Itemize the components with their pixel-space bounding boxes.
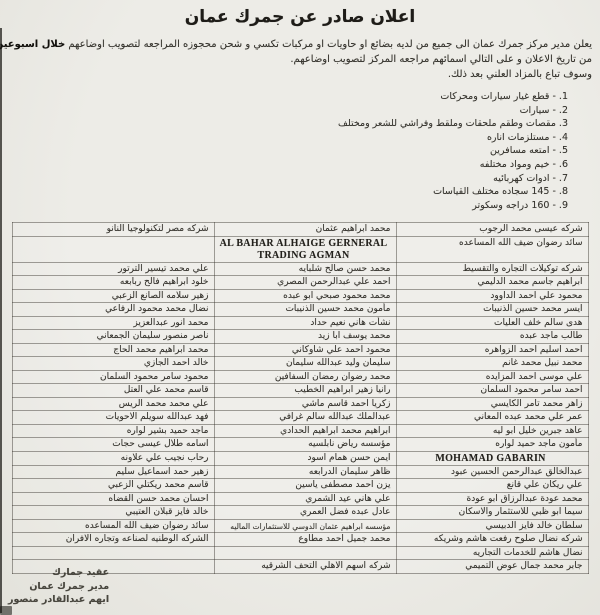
table-cell-left: علي محمد تيسير الترتور xyxy=(12,262,214,276)
table-cell-middle: محمد رضوان رمضان السفافين xyxy=(214,370,396,384)
table-row: احمد سامر محمود السلمان رانيا زهير ابراه… xyxy=(12,384,588,398)
table-row: مأمون ماجد حميد لواره مؤسسه رياض نابلسيه… xyxy=(12,438,588,452)
table-row: طالب ماجد عبده محمد يوسف ابا زيد ناصر من… xyxy=(12,330,588,344)
table-cell-right: علي ريكان علي قانع xyxy=(396,479,588,493)
table-row: شركه نضال صلوح رفعت هاشم وشريكه محمد جمي… xyxy=(12,533,588,547)
intro-line-1: يعلن مدير مركز جمرك عمان الى جميع من لدي… xyxy=(6,37,592,52)
table-row: MOHAMAD GABARIN ايمن حسن همام اسود رحاب … xyxy=(12,451,588,465)
table-cell-middle: محمد محمود صبحي ابو عبده xyxy=(214,289,396,303)
scan-artifact-corner-mark xyxy=(0,606,12,615)
table-cell-right: مأمون ماجد حميد لواره xyxy=(396,438,588,452)
table-row: محمد عودة عبدالرزاق ابو عودة علي هاني عي… xyxy=(12,492,588,506)
table-cell-middle: محمد يوسف ابا زيد xyxy=(214,330,396,344)
table-cell-right: جابر محمد جمال عوض التميمي xyxy=(396,560,588,574)
table-cell-right: محمد عودة عبدالرزاق ابو عودة xyxy=(396,492,588,506)
table-cell-middle: عادل عبده فضل العمري xyxy=(214,506,396,520)
table-cell-right: سائد رضوان ضيف الله المساعده xyxy=(396,236,588,262)
table-cell-middle: ظاهر سليمان الدرابعه xyxy=(214,465,396,479)
table-row: شركه توكيلات التجاره والتقسيط محمد حسن ص… xyxy=(12,262,588,276)
table-cell-right: هدى سالم خلف العليات xyxy=(396,316,588,330)
table-cell-left: سائد رضوان ضيف الله المساعده xyxy=(12,519,214,533)
names-table-body: شركه عيسى محمد الرجوب محمد ابراهيم عثمان… xyxy=(12,223,588,574)
table-row: محمد نبيل محمد غانم سليمان وليد عبدالله … xyxy=(12,357,588,371)
signature-name: ايهم عبدالقادر منصور xyxy=(8,593,109,607)
table-cell-right: عمر علي محمد عبده المعاني xyxy=(396,411,588,425)
table-cell-middle: محمد حسن صالح شلبايه xyxy=(214,262,396,276)
goods-list-item: 8. - 145 سجاده مختلف القياسات xyxy=(0,185,568,199)
table-cell-middle: محمد ابراهيم عثمان xyxy=(214,223,396,237)
table-cell-left: رحاب نجيب علي علاونه xyxy=(12,451,214,465)
goods-list-item: 3. مقصات وطقم ملحقات وملقط وفراشي للشعر … xyxy=(0,117,568,131)
table-cell-left xyxy=(12,546,214,560)
table-cell-middle: محمود احمد علي شاوكاني xyxy=(214,343,396,357)
table-cell-left: اسامه طلال عيسى حجات xyxy=(12,438,214,452)
goods-list-item: 2. - سيارات xyxy=(0,104,568,118)
table-cell-middle: ابراهيم محمد ابراهيم الحدادي xyxy=(214,424,396,438)
table-cell-left: خالد احمد الجازي xyxy=(12,357,214,371)
table-cell-right: عاهد جبرين خليل ابو ليه xyxy=(396,424,588,438)
table-cell-right: ابراهيم جاسم محمد الدليمي xyxy=(396,276,588,290)
table-cell-right: علي موسى احمد المزايده xyxy=(396,370,588,384)
goods-list-item: 4. - مستلزمات اناره xyxy=(0,131,568,145)
goods-list-item: 5. - امتعه مسافرين xyxy=(0,144,568,158)
table-cell-right: زاهر محمد تامر الكايسي xyxy=(396,397,588,411)
table-row: ايسر محمد حسين الذنيبات مأمون محمد حسين … xyxy=(12,303,588,317)
intro-line-1-text: يعلن مدير مركز جمرك عمان الى جميع من لدي… xyxy=(65,39,592,50)
table-cell-middle: سليمان وليد عبدالله سليمان xyxy=(214,357,396,371)
table-row: محمود علي احمد الداوود محمد محمود صبحي ا… xyxy=(12,289,588,303)
table-cell-left xyxy=(12,236,214,262)
table-cell-right: سلطان خالد فايز الدبيسي xyxy=(396,519,588,533)
table-cell-middle: نشأت هاني نعيم حداد xyxy=(214,316,396,330)
table-cell-right: شركه توكيلات التجاره والتقسيط xyxy=(396,262,588,276)
table-cell-left: قاسم محمد ريكتلي الزعبي xyxy=(12,479,214,493)
goods-list: 1. - قطع غيار سيارات ومحركات2. - سيارات3… xyxy=(0,90,568,212)
table-row: سيما ابو ظبي للاستثمار والاسكان عادل عبد… xyxy=(12,506,588,520)
signature-rank: عقيد جمارك xyxy=(8,566,109,580)
table-cell-middle: AL BAHAR ALHAIGE GERNERAL TRADING AGMAN xyxy=(214,236,396,262)
table-row: سلطان خالد فايز الدبيسي مؤسسه ابراهيم عث… xyxy=(12,519,588,533)
table-row: زاهر محمد تامر الكايسي زكريا احمد قاسم م… xyxy=(12,397,588,411)
table-cell-middle: مأمون محمد حسين الذنيبات xyxy=(214,303,396,317)
table-cell-left: شركه مصر لتكنولوجيا النانو xyxy=(12,223,214,237)
intro-paragraph: يعلن مدير مركز جمرك عمان الى جميع من لدي… xyxy=(6,37,592,82)
table-row: علي موسى احمد المزايده محمد رضوان رمضان … xyxy=(12,370,588,384)
table-cell-right: محمود علي احمد الداوود xyxy=(396,289,588,303)
goods-list-item: 1. - قطع غيار سيارات ومحركات xyxy=(0,90,568,104)
table-cell-left: نضال محمد محمود الرفاعي xyxy=(12,303,214,317)
goods-list-item: 6. - خيم ومواد مختلفه xyxy=(0,158,568,172)
table-cell-middle: محمد جميل احمد مطاوع xyxy=(214,533,396,547)
table-cell-middle: احمد علي عبدالرحمن المصري xyxy=(214,276,396,290)
table-cell-middle xyxy=(214,546,396,560)
table-cell-left: محمود سامر محمود السلمان xyxy=(12,370,214,384)
table-cell-right: شركه عيسى محمد الرجوب xyxy=(396,223,588,237)
table-cell-left: محمد ابراهيم محمد الحاج xyxy=(12,343,214,357)
signature-title: مدير جمرك عمان xyxy=(8,580,109,594)
intro-line-2: من تاريخ الاعلان و على التالي اسمائهم مر… xyxy=(6,52,592,67)
table-row: شركه عيسى محمد الرجوب محمد ابراهيم عثمان… xyxy=(12,223,588,237)
goods-list-item: 7. - ادوات كهربائيه xyxy=(0,172,568,186)
table-row: عبدالخالق عبدالرحمن الحسين عبود ظاهر سلي… xyxy=(12,465,588,479)
table-cell-middle: علي هاني عيد الشمري xyxy=(214,492,396,506)
table-cell-left: قاسم محمد علي العتل xyxy=(12,384,214,398)
table-cell-left: ماجد حميد بشير لواره xyxy=(12,424,214,438)
table-cell-middle: شركه اسهم الاهلي التحف الشرقيه xyxy=(214,560,396,574)
table-cell-middle: يزن احمد مصطفى ياسين xyxy=(214,479,396,493)
table-row: ابراهيم جاسم محمد الدليمي احمد علي عبدال… xyxy=(12,276,588,290)
intro-bold-phrase: خلال اسبوعين xyxy=(0,39,65,50)
table-cell-middle: مؤسسه رياض نابلسيه xyxy=(214,438,396,452)
table-row: عمر علي محمد عبده المعاني عبدالملك عبدال… xyxy=(12,411,588,425)
table-row: نضال هاشم للخدمات التجاريه xyxy=(12,546,588,560)
table-row: هدى سالم خلف العليات نشأت هاني نعيم حداد… xyxy=(12,316,588,330)
table-cell-right: احمد سامر محمود السلمان xyxy=(396,384,588,398)
table-row: علي ريكان علي قانع يزن احمد مصطفى ياسين … xyxy=(12,479,588,493)
table-cell-left: احسان محمد حسن القضاه xyxy=(12,492,214,506)
table-cell-left: خالد فايز قبلان العتيبي xyxy=(12,506,214,520)
table-cell-left: محمد انور عبدالعزيز xyxy=(12,316,214,330)
table-cell-middle: ايمن حسن همام اسود xyxy=(214,451,396,465)
table-cell-left: زهير سلامه الصانع الزعبي xyxy=(12,289,214,303)
page-title: اعلان صادر عن جمرك عمان xyxy=(0,0,600,27)
names-table: شركه عيسى محمد الرجوب محمد ابراهيم عثمان… xyxy=(12,222,589,574)
scanned-document-page: اعلان صادر عن جمرك عمان يعلن مدير مركز ج… xyxy=(0,0,600,615)
table-cell-middle: رانيا زهير ابراهيم الخطيب xyxy=(214,384,396,398)
table-cell-middle: عبدالملك عبدالله سالم غرافي xyxy=(214,411,396,425)
table-cell-right: نضال هاشم للخدمات التجاريه xyxy=(396,546,588,560)
table-cell-left: الشركه الوطنيه لصناعه وتجاره الافران xyxy=(12,533,214,547)
table-cell-left: فهد عبدالله سويلم الاحويات xyxy=(12,411,214,425)
table-cell-right: احمد اسليم احمد الزواهره xyxy=(396,343,588,357)
goods-list-item: 9. - 160 دراجه وسكوتر xyxy=(0,199,568,213)
intro-line-3: وسوف تباع بالمزاد العلني بعد ذلك. xyxy=(6,67,592,82)
table-cell-right: عبدالخالق عبدالرحمن الحسين عبود xyxy=(396,465,588,479)
table-row: سائد رضوان ضيف الله المساعده AL BAHAR AL… xyxy=(12,236,588,262)
table-cell-left: زهير حمد اسماعيل سليم xyxy=(12,465,214,479)
signature-block: عقيد جمارك مدير جمرك عمان ايهم عبدالقادر… xyxy=(8,566,109,607)
table-cell-right: سيما ابو ظبي للاستثمار والاسكان xyxy=(396,506,588,520)
table-cell-middle: زكريا احمد قاسم ماشي xyxy=(214,397,396,411)
table-cell-left: ناصر منصور سليمان الجمعاني xyxy=(12,330,214,344)
table-row: احمد اسليم احمد الزواهره محمود احمد علي … xyxy=(12,343,588,357)
table-cell-right: طالب ماجد عبده xyxy=(396,330,588,344)
table-cell-left: خلود ابراهيم فالح ربابعه xyxy=(12,276,214,290)
table-row: عاهد جبرين خليل ابو ليه ابراهيم محمد ابر… xyxy=(12,424,588,438)
table-cell-right: محمد نبيل محمد غانم xyxy=(396,357,588,371)
scan-artifact-left-edge xyxy=(0,28,2,613)
table-cell-right: MOHAMAD GABARIN xyxy=(396,451,588,465)
table-cell-left: علي محمد محمد الريس xyxy=(12,397,214,411)
table-cell-right: شركه نضال صلوح رفعت هاشم وشريكه xyxy=(396,533,588,547)
table-cell-middle: مؤسسه ابراهيم عثمان الدوسي للاستثمارات ا… xyxy=(214,519,396,533)
table-cell-right: ايسر محمد حسين الذنيبات xyxy=(396,303,588,317)
